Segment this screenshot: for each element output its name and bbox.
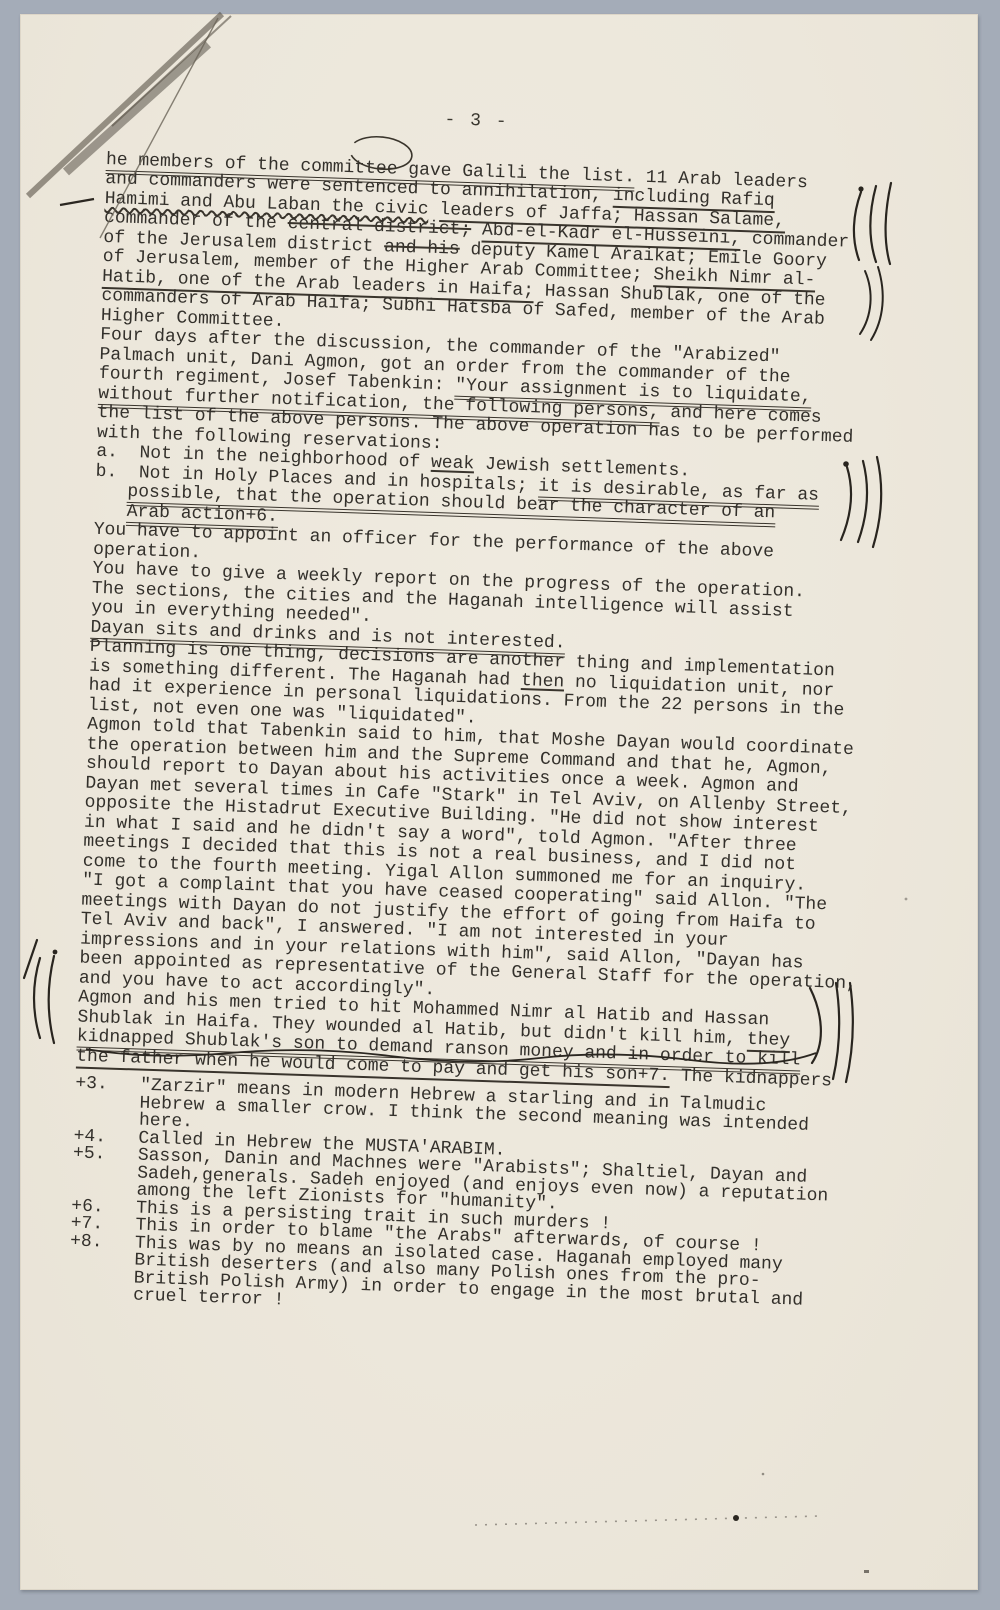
text-segment bbox=[471, 220, 482, 240]
text-segment bbox=[428, 199, 439, 219]
typewritten-text: - 3 - he members of the committee gave G… bbox=[68, 100, 967, 1331]
body-text: he members of the committee gave Galili … bbox=[76, 150, 966, 1095]
footnotes: +3. "Zarzir" means in modern Hebrew a st… bbox=[68, 1075, 935, 1331]
annotated-text-segment: then bbox=[521, 671, 565, 692]
document-page: - 3 - he members of the committee gave G… bbox=[20, 14, 978, 1590]
text-segment bbox=[95, 481, 128, 502]
annotated-text-segment: weak bbox=[431, 453, 475, 474]
text-segment: The kidnappers bbox=[670, 1066, 833, 1091]
text-segment bbox=[94, 500, 127, 521]
scan-background: - 3 - he members of the committee gave G… bbox=[0, 0, 1000, 1610]
page-number: - 3 - bbox=[444, 111, 967, 148]
